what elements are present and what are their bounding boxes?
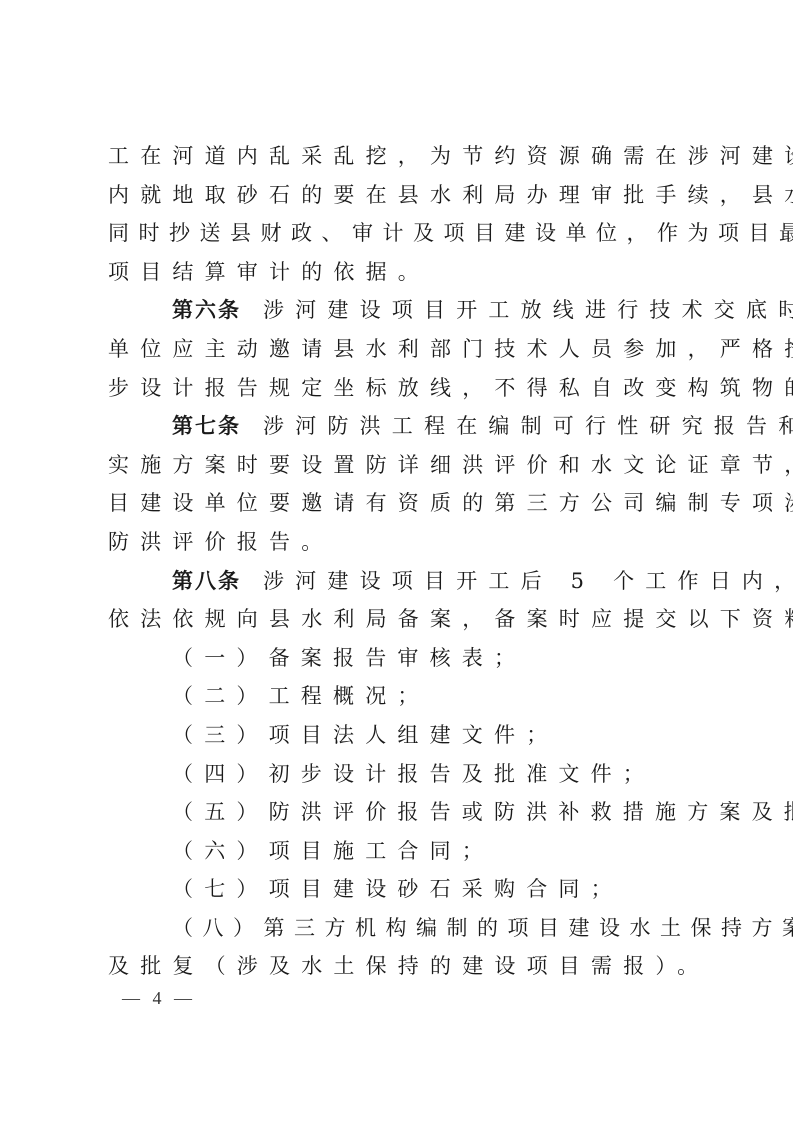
list-item: （六）项目施工合同；	[108, 838, 698, 877]
article-6: 第六条涉河建设项目开工放线进行技术交底时项目建设 单位应主动邀请县水利部门技术人…	[108, 297, 698, 413]
document-page: 工在河道内乱采乱挖，为节约资源确需在涉河建设项目施工范围 内就地取砂石的要在县水…	[108, 143, 698, 992]
article-first-line: 第八条涉河建设项目开工后 5 个工作日内，项目建设单位	[108, 568, 698, 607]
text-line: 项目结算审计的依据。	[108, 259, 698, 298]
text-line: 涉河建设项目开工后 5 个工作日内，项目建设单位	[263, 569, 793, 593]
list-item: （二）工程概况；	[108, 683, 698, 722]
list-item: （七）项目建设砂石采购合同；	[108, 876, 698, 915]
article-heading: 第六条	[172, 298, 241, 322]
continuation-paragraph: 工在河道内乱采乱挖，为节约资源确需在涉河建设项目施工范围 内就地取砂石的要在县水…	[108, 143, 698, 297]
article-heading: 第八条	[172, 569, 241, 593]
article-first-line: 第六条涉河建设项目开工放线进行技术交底时项目建设	[108, 297, 698, 336]
text-line: 工在河道内乱采乱挖，为节约资源确需在涉河建设项目施工范围	[108, 143, 698, 182]
text-line: 涉河建设项目开工放线进行技术交底时项目建设	[263, 298, 793, 322]
text-line: 涉河防洪工程在编制可行性研究报告和初步设计	[263, 414, 793, 438]
article-heading: 第七条	[172, 414, 241, 438]
article-8: 第八条涉河建设项目开工后 5 个工作日内，项目建设单位 依法依规向县水利局备案，…	[108, 568, 698, 993]
article-7: 第七条涉河防洪工程在编制可行性研究报告和初步设计 实施方案时要设置防详细洪评价和…	[108, 413, 698, 567]
article-first-line: 第七条涉河防洪工程在编制可行性研究报告和初步设计	[108, 413, 698, 452]
text-line: 单位应主动邀请县水利部门技术人员参加，严格按照批准后的初	[108, 336, 698, 375]
list-item: （四）初步设计报告及批准文件；	[108, 761, 698, 800]
text-line: 实施方案时要设置防详细洪评价和水文论证章节，非防洪工程项	[108, 452, 698, 491]
text-line: 目建设单位要邀请有资质的第三方公司编制专项涉河建设项目	[108, 490, 698, 529]
text-line: 同时抄送县财政、审计及项目建设单位，作为项目最高限价评审、	[108, 220, 698, 259]
text-line: 依法依规向县水利局备案，备案时应提交以下资料：	[108, 606, 698, 645]
list-item: （三）项目法人组建文件；	[108, 722, 698, 761]
text-line: 内就地取砂石的要在县水利局办理审批手续，县水利局将审批件	[108, 182, 698, 221]
list-item-continuation: 及批复（涉及水土保持的建设项目需报）。	[108, 953, 698, 992]
text-line: 步设计报告规定坐标放线，不得私自改变构筑物的放线坐标。	[108, 375, 698, 414]
list-item: （一）备案报告审核表；	[108, 645, 698, 684]
requirements-list: （一）备案报告审核表； （二）工程概况； （三）项目法人组建文件； （四）初步设…	[108, 645, 698, 992]
list-item: （八）第三方机构编制的项目建设水土保持方案报告书（表）	[108, 915, 698, 954]
text-line: 防洪评价报告。	[108, 529, 698, 568]
list-item: （五）防洪评价报告或防洪补救措施方案及批复；	[108, 799, 698, 838]
page-number: — 4 —	[122, 988, 196, 1009]
